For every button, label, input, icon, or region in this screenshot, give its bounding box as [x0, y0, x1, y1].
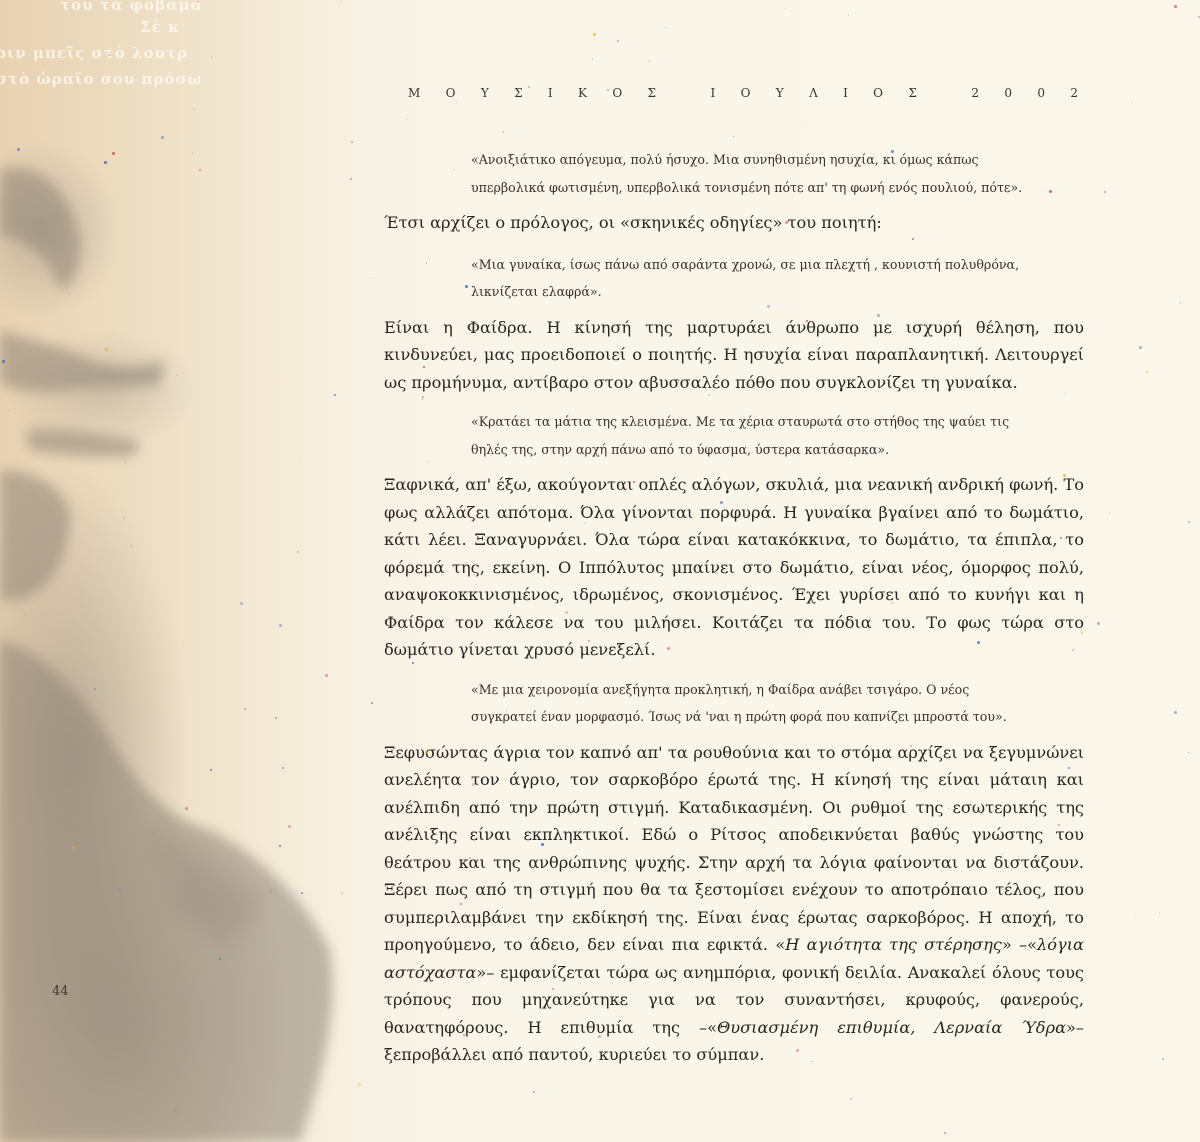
running-header-letter: 2 — [971, 86, 979, 100]
italic-quote-title: Η αγιότητα της στέρησης — [785, 935, 1002, 954]
paper-speck — [174, 1110, 175, 1111]
paper-speck — [453, 169, 454, 170]
paper-speck — [108, 54, 110, 56]
paper-speck — [17, 148, 20, 151]
paper-speck — [240, 602, 243, 605]
paper-speck — [495, 356, 497, 358]
faded-background-text: του τὰ φοβᾶμαι. Σὲ κ ριν μπεῖς στὸ λουτρ… — [0, 0, 200, 120]
paper-speck — [584, 523, 585, 524]
paper-speck — [340, 0, 341, 1]
paper-speck — [948, 808, 949, 809]
paper-speck — [456, 103, 457, 104]
paper-speck — [244, 708, 246, 710]
paper-speck — [288, 825, 291, 828]
paper-speck — [665, 27, 666, 28]
paper-speck — [94, 688, 96, 690]
paper-speck — [785, 8, 786, 9]
paper-speck — [1188, 752, 1189, 753]
book-page: του τὰ φοβᾶμαι. Σὲ κ ριν μπεῖς στὸ λουτρ… — [0, 0, 1200, 1142]
paper-speck — [199, 169, 201, 171]
paper-speck — [105, 348, 108, 351]
paper-speck — [617, 40, 619, 42]
paper-speck — [708, 394, 710, 396]
paper-speck — [422, 396, 424, 398]
block-quote-4: «Με μια χειρονομία ανεξήγητα προκλητική,… — [471, 676, 1031, 731]
paper-speck — [1104, 191, 1106, 193]
paper-speck — [1131, 102, 1132, 103]
paper-speck — [767, 305, 770, 308]
running-header-letter: Υ — [776, 86, 784, 100]
paper-speck — [891, 150, 894, 153]
paper-speck — [806, 320, 808, 322]
paper-speck — [412, 662, 414, 664]
paper-speck — [648, 60, 650, 62]
paragraph-4-text: » –« — [1002, 935, 1037, 954]
paper-speck — [877, 314, 880, 317]
paper-speck — [275, 717, 277, 719]
page-number: 44 — [52, 984, 69, 999]
paper-speck — [943, 489, 944, 490]
paper-speck — [341, 892, 343, 894]
paper-speck — [865, 452, 868, 455]
running-header-letter — [942, 86, 946, 100]
paper-speck — [125, 462, 126, 463]
paper-speck — [1180, 302, 1181, 303]
paper-speck — [465, 285, 468, 288]
paper-speck — [279, 845, 281, 847]
paper-speck — [301, 892, 303, 894]
running-header-letter: Σ — [514, 86, 522, 100]
paper-speck — [1027, 576, 1029, 578]
paper-speck — [720, 501, 723, 504]
paper-speck — [99, 78, 100, 79]
running-header-letter: 2 — [1070, 86, 1078, 100]
paper-speck — [699, 880, 700, 881]
running-header-letter: Λ — [809, 86, 818, 100]
paper-speck — [350, 178, 352, 180]
paper-speck — [1109, 513, 1110, 514]
paper-speck — [279, 624, 282, 627]
running-header-letter: Ι — [711, 86, 716, 100]
paper-speck — [130, 545, 133, 548]
paper-speck — [1002, 853, 1003, 854]
paper-speck — [502, 131, 504, 133]
paper-speck — [34, 567, 35, 568]
paper-speck — [552, 988, 554, 990]
paper-speck — [282, 767, 284, 769]
ghost-line: στὸ ὡραῖο σου πρόσωπ — [0, 66, 200, 92]
paper-speck — [1049, 190, 1052, 193]
paper-speck — [785, 221, 788, 224]
running-header-letter: Κ — [578, 86, 587, 100]
paper-speck — [796, 1049, 799, 1052]
portrait-photo-background — [0, 0, 380, 1142]
running-header: ΜΟΥΣΙΚΟΣ ΙΟΥΛΙΟΣ 2002 — [408, 86, 1078, 100]
paper-speck — [297, 551, 299, 553]
paper-speck — [1097, 622, 1100, 625]
paper-speck — [533, 1091, 535, 1093]
paper-speck — [1139, 346, 1142, 349]
paper-speck — [977, 641, 980, 644]
paper-speck — [1063, 474, 1066, 477]
paragraph-4: Ξεφυσώντας άγρια τον καπνό απ' τα ρουθού… — [384, 739, 1084, 1069]
paper-speck — [506, 710, 507, 711]
paper-speck — [850, 881, 851, 882]
running-header-letter: Σ — [908, 86, 916, 100]
paper-speck — [474, 948, 476, 950]
paper-speck — [1159, 912, 1160, 913]
block-quote-1: «Ανοιξιάτικο απόγευμα, πολύ ήσυχο. Μια σ… — [471, 146, 1031, 201]
running-header-letter: Υ — [481, 86, 489, 100]
paper-speck — [607, 89, 609, 91]
paper-speck — [565, 611, 568, 614]
paragraph-3: Ξαφνικά, απ' έξω, ακούγονται οπλές αλόγω… — [384, 471, 1084, 664]
paper-speck — [733, 136, 734, 137]
paper-speck — [703, 754, 704, 755]
paper-speck — [269, 890, 272, 893]
paper-speck — [891, 602, 893, 604]
paper-speck — [423, 366, 425, 368]
paper-speck — [961, 871, 962, 872]
paper-speck — [275, 948, 276, 949]
paper-speck — [104, 161, 107, 164]
block-quote-2: «Μια γυναίκα, ίσως πάνω από σαράντα χρον… — [471, 251, 1031, 306]
running-header-letter: 0 — [1037, 86, 1045, 100]
paper-speck — [161, 136, 164, 139]
paper-speck — [592, 59, 593, 60]
paper-speck — [1068, 767, 1070, 769]
ghost-line: ριν μπεῖς στὸ λουτρ — [0, 40, 200, 66]
paper-speck — [152, 831, 154, 833]
paper-speck — [112, 152, 115, 155]
paper-speck — [460, 903, 462, 905]
block-quote-3: «Κρατάει τα μάτια της κλεισμένα. Με τα χ… — [471, 408, 1031, 463]
paper-speck — [812, 1061, 813, 1062]
paper-speck — [1058, 824, 1060, 826]
paper-speck — [667, 647, 670, 650]
paper-speck — [351, 141, 353, 143]
paper-speck — [1174, 711, 1177, 714]
paper-speck — [848, 15, 849, 16]
running-header-letter: Ι — [843, 86, 848, 100]
italic-quote-title: Θυσιασμένη επιθυμία, Λερναία Ύδρα — [717, 1018, 1066, 1037]
running-header-letter: Ι — [548, 86, 553, 100]
paper-speck — [219, 958, 221, 960]
paper-speck — [1135, 916, 1136, 917]
paper-speck — [541, 843, 544, 846]
paper-speck — [407, 119, 408, 120]
paper-speck — [463, 1034, 465, 1036]
paper-speck — [912, 238, 914, 240]
paper-speck — [68, 293, 70, 295]
paper-speck — [193, 108, 195, 110]
paper-speck — [197, 1, 199, 3]
paper-speck — [334, 394, 336, 396]
paper-speck — [1188, 521, 1190, 523]
paper-speck — [1065, 393, 1066, 394]
running-header-letter: Ο — [873, 86, 883, 100]
running-header-letter: Σ — [648, 86, 656, 100]
paper-speck — [211, 57, 212, 58]
paper-speck — [1018, 857, 1019, 858]
paper-speck — [427, 461, 428, 462]
paper-speck — [176, 375, 177, 376]
paper-speck — [910, 745, 912, 747]
paper-speck — [185, 807, 188, 810]
paper-speck — [358, 1083, 361, 1086]
paper-speck — [944, 1132, 946, 1134]
running-header-letter — [681, 86, 685, 100]
paper-speck — [72, 846, 75, 849]
paper-speck — [426, 263, 427, 264]
paper-speck — [598, 1035, 601, 1038]
paper-speck — [850, 1098, 852, 1100]
paper-speck — [528, 86, 530, 88]
paper-speck — [370, 277, 371, 278]
paragraph-2: Είναι η Φαίδρα. Η κίνησή της μαρτυράει ά… — [384, 314, 1084, 397]
paper-speck — [2, 360, 5, 363]
paper-speck — [1006, 514, 1007, 515]
paper-speck — [472, 783, 475, 786]
main-text-column: «Ανοιξιάτικο απόγευμα, πολύ ήσυχο. Μια σ… — [384, 146, 1084, 1081]
paragraph-1: Έτσι αρχίζει ο πρόλογος, οι «σκηνικές οδ… — [384, 209, 1084, 237]
paper-speck — [469, 857, 471, 859]
paper-speck — [150, 905, 151, 906]
running-header-letter: Μ — [408, 86, 420, 100]
running-header-letter: 0 — [1004, 86, 1012, 100]
paper-speck — [25, 613, 26, 614]
paper-speck — [601, 722, 603, 724]
paper-speck — [118, 889, 121, 892]
paper-speck — [588, 640, 590, 642]
paper-speck — [1072, 649, 1074, 651]
running-header-letter: Ο — [612, 86, 622, 100]
paper-speck — [1081, 632, 1083, 634]
paper-speck — [422, 399, 423, 400]
paper-speck — [160, 826, 161, 827]
paper-speck — [1162, 1058, 1164, 1060]
paper-speck — [633, 481, 635, 483]
paper-speck — [210, 769, 212, 771]
paper-speck — [1146, 371, 1148, 373]
paragraph-4-text: Ξεφυσώντας άγρια τον καπνό απ' τα ρουθού… — [384, 743, 1084, 955]
paper-speck — [123, 517, 125, 519]
paper-speck — [593, 33, 596, 36]
paper-speck — [8, 410, 9, 411]
paper-speck — [192, 152, 193, 153]
paper-speck — [371, 702, 373, 704]
paper-speck — [325, 674, 328, 677]
paper-speck — [1060, 537, 1062, 539]
paper-speck — [425, 751, 428, 754]
paper-speck — [300, 459, 301, 460]
running-header-letter: Ο — [446, 86, 456, 100]
running-header-letter: Ο — [741, 86, 751, 100]
paper-speck — [1174, 5, 1177, 8]
